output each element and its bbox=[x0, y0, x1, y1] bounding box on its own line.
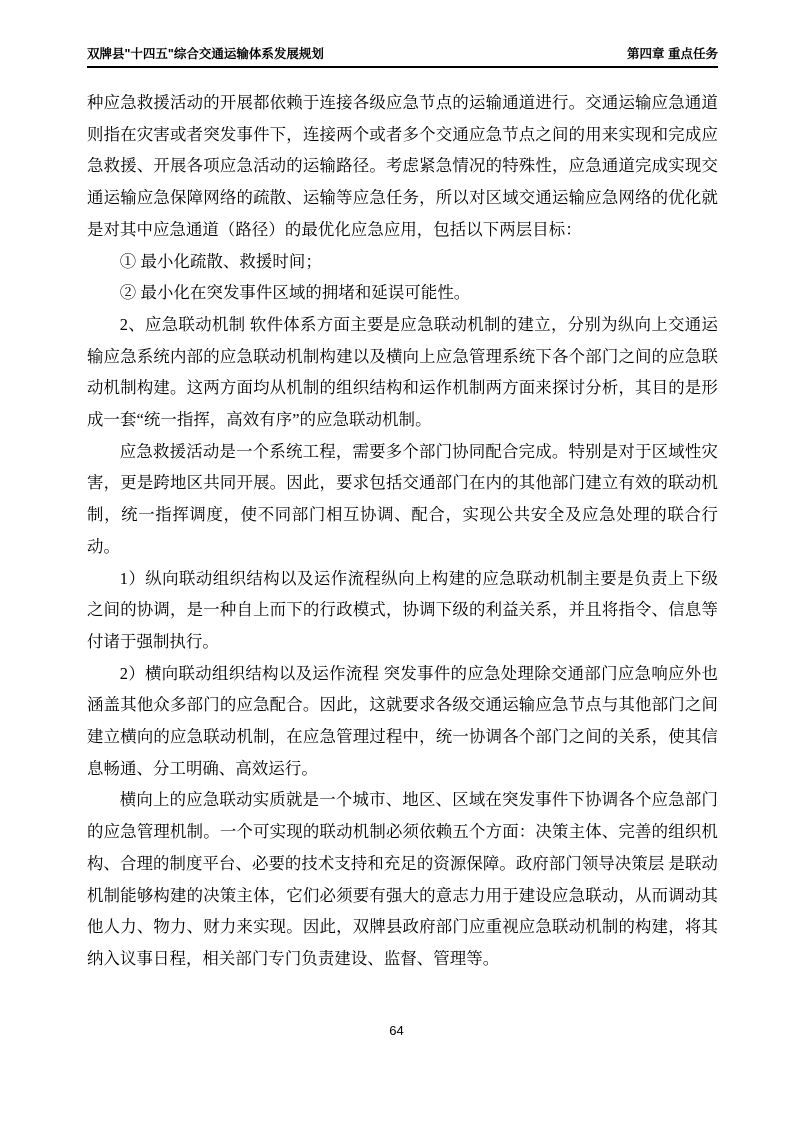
page-footer: 64 bbox=[0, 1023, 793, 1039]
header-chapter-title: 第四章 重点任务 bbox=[627, 46, 718, 62]
page-number: 64 bbox=[389, 1023, 403, 1038]
paragraph: 横向上的应急联动实质就是一个城市、地区、区域在突发事件下协调各个应急部门的应急管… bbox=[87, 784, 718, 974]
document-page: 双牌县"十四五"综合交通运输体系发展规划 第四章 重点任务 种应急救援活动的开展… bbox=[0, 0, 793, 1122]
paragraph: ① 最小化疏散、救援时间； bbox=[87, 246, 718, 278]
header-document-title: 双牌县"十四五"综合交通运输体系发展规划 bbox=[87, 46, 324, 62]
paragraph: 应急救援活动是一个系统工程，需要多个部门协同配合完成。特别是对于区域性灾害，更是… bbox=[87, 436, 718, 563]
paragraph: 1）纵向联动组织结构以及运作流程纵向上构建的应急联动机制主要是负责上下级之间的协… bbox=[87, 563, 718, 658]
paragraph: 种应急救援活动的开展都依赖于连接各级应急节点的运输通道进行。交通运输应急通道则指… bbox=[87, 87, 718, 246]
page-header: 双牌县"十四五"综合交通运输体系发展规划 第四章 重点任务 bbox=[87, 46, 718, 68]
paragraph: 2、应急联动机制 软件体系方面主要是应急联动机制的建立，分别为纵向上交通运输应急… bbox=[87, 309, 718, 436]
paragraph: 2）横向联动组织结构以及运作流程 突发事件的应急处理除交通部门应急响应外也涵盖其… bbox=[87, 658, 718, 785]
document-body: 种应急救援活动的开展都依赖于连接各级应急节点的运输通道进行。交通运输应急通道则指… bbox=[87, 87, 718, 975]
paragraph: ② 最小化在突发事件区域的拥堵和延误可能性。 bbox=[87, 277, 718, 309]
